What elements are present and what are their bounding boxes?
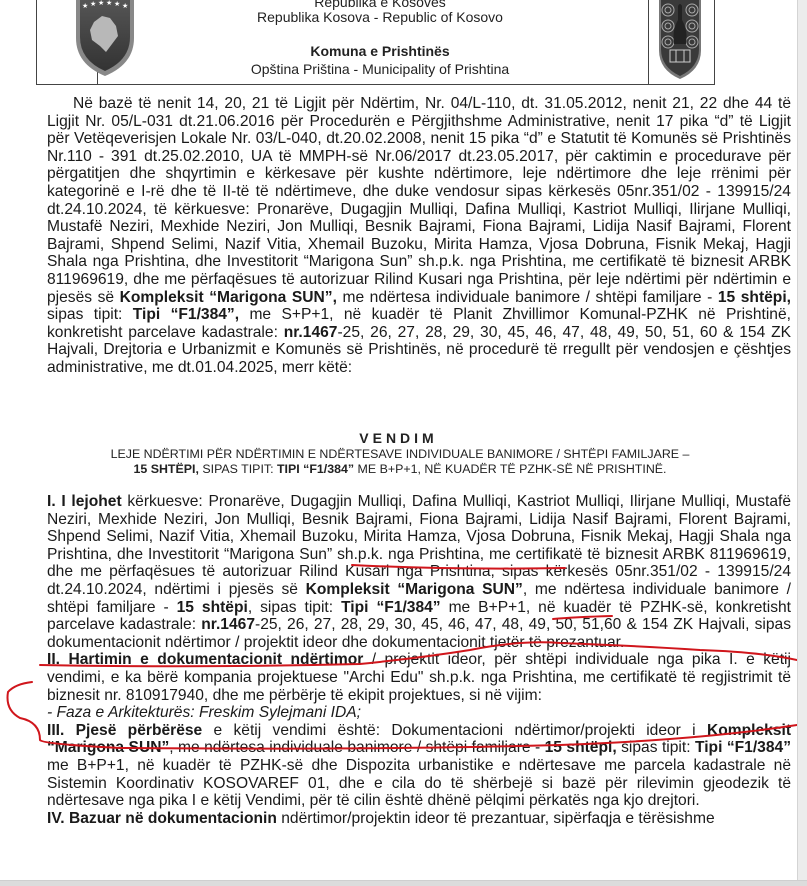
svg-text:★: ★ — [122, 2, 128, 10]
header-municipality-serbian-english: Opština Priština - Municipality of Prish… — [170, 61, 590, 78]
header-republic-serbian-english: Republika Kosova - Republic of Kosovo — [170, 9, 590, 26]
article-4: IV. Bazuar në dokumentacionin ndërtimor/… — [47, 810, 791, 828]
header-municipality-albanian: Komuna e Prishtinës — [170, 43, 590, 60]
header-table-border — [714, 0, 715, 84]
design-team-entry: - Faza e Arkitekturës: Freskim Sylejmani… — [47, 704, 361, 721]
svg-text:★: ★ — [82, 2, 88, 10]
header-table-border — [648, 0, 649, 84]
decision-subtitle: LEJE NDËRTIMI PËR NDËRTIMIN E NDËRTESAVE… — [40, 447, 760, 477]
viewer-bottom-edge — [0, 880, 807, 886]
viewer-scroll-gutter[interactable] — [797, 0, 807, 886]
article-3: III. Pjesë përbërëse e këtij vendimi ësh… — [47, 722, 791, 810]
svg-text:★: ★ — [98, 0, 104, 7]
svg-text:★: ★ — [114, 0, 120, 8]
header-table-border — [36, 0, 37, 84]
prishtina-coat-of-arms-icon — [658, 0, 702, 80]
article-2: II. Hartimin e dokumentacionit ndërtimor… — [47, 651, 791, 721]
decision-title: VENDIM — [0, 430, 797, 446]
svg-text:★: ★ — [106, 0, 112, 7]
articles-section: I. I lejohet kërkuesve: Pronarëve, Dugag… — [47, 493, 791, 827]
article-1: I. I lejohet kërkuesve: Pronarëve, Dugag… — [47, 493, 791, 651]
kosovo-coat-of-arms-icon: ★★★ ★★★ — [72, 0, 138, 78]
header-table-border — [36, 84, 715, 85]
preamble-paragraph: Në bazë të nenit 14, 20, 21 të Ligjit pë… — [47, 95, 791, 377]
document-page: ★★★ ★★★ Republika e Kosovës Republika Ko… — [0, 0, 797, 880]
svg-text:★: ★ — [90, 0, 96, 8]
